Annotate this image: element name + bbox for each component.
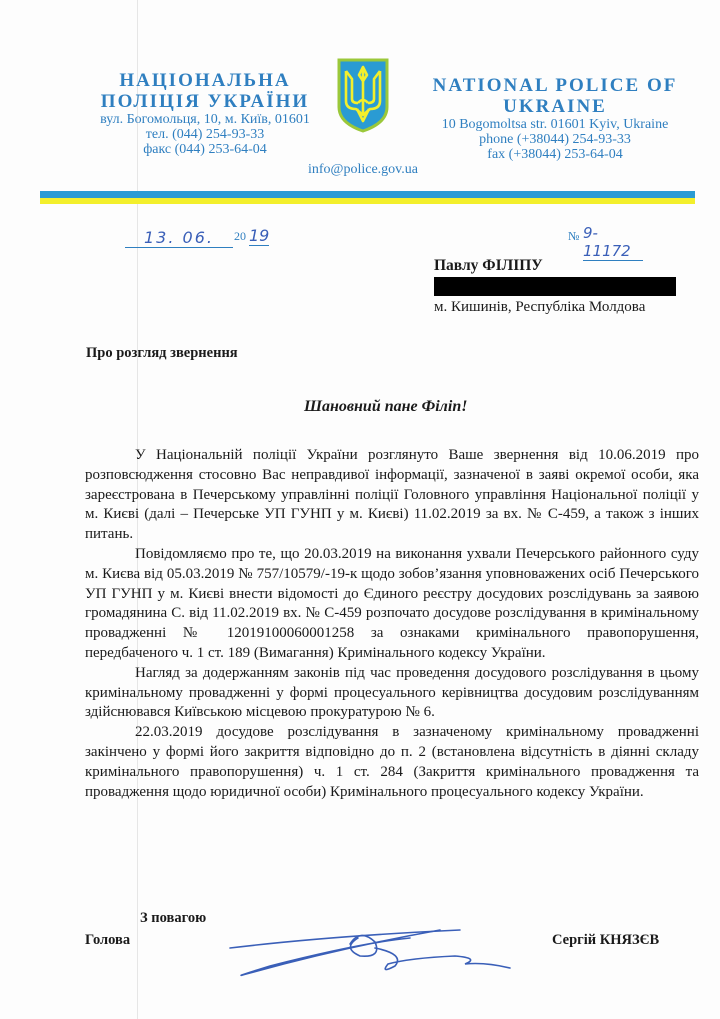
letter-date-day-month: 13. 06. — [125, 228, 233, 248]
address: 10 Bogomoltsa str. 01601 Kyiv, Ukraine — [410, 117, 700, 132]
org-name-line1: НАЦІОНАЛЬНА — [80, 70, 330, 91]
fax: факс (044) 253-64-04 — [80, 142, 330, 157]
salutation: Шановний пане Філіп! — [304, 398, 467, 416]
letter-body: У Національній поліції України розглянут… — [85, 446, 699, 802]
body-paragraph: У Національній поліції України розглянут… — [85, 446, 699, 545]
letter-date-year: 19 — [249, 226, 269, 246]
signer-title: Голова — [85, 932, 130, 949]
letter-number-label: № — [568, 229, 579, 244]
body-paragraph: 22.03.2019 досудове розслідування в зазн… — [85, 723, 699, 802]
body-paragraph: Нагляд за додержанням законів під час пр… — [85, 664, 699, 723]
flag-stripe-yellow — [40, 198, 695, 204]
address: вул. Богомольця, 10, м. Київ, 01601 — [80, 112, 330, 127]
email-address: info@police.gov.ua — [308, 162, 418, 178]
recipient-city: м. Кишинів, Республіка Молдова — [434, 298, 676, 317]
org-name-line2: ПОЛІЦІЯ УКРАЇНИ — [80, 91, 330, 112]
closing-regards: З повагою — [140, 910, 206, 927]
phone: тел. (044) 254-93-33 — [80, 127, 330, 142]
org-name-line2: UKRAINE — [410, 96, 700, 117]
letterhead-ukrainian: НАЦІОНАЛЬНА ПОЛІЦІЯ УКРАЇНИ вул. Богомол… — [80, 70, 330, 157]
handwritten-signature — [210, 918, 530, 983]
flag-stripe-blue — [40, 191, 695, 198]
fax: fax (+38044) 253-64-04 — [410, 147, 700, 162]
body-paragraph: Повідомляємо про те, що 20.03.2019 на ви… — [85, 545, 699, 664]
trident-coat-of-arms-icon — [336, 57, 390, 133]
recipient-name: Павлу ФІЛІПУ — [434, 256, 676, 275]
phone: phone (+38044) 254-93-33 — [410, 132, 700, 147]
recipient-block: Павлу ФІЛІПУ м. Кишинів, Республіка Молд… — [434, 256, 676, 317]
redacted-address — [434, 277, 676, 296]
letter-date-century: 20 — [234, 229, 246, 244]
subject-line: Про розгляд звернення — [86, 345, 238, 362]
letterhead-english: NATIONAL POLICE OF UKRAINE 10 Bogomoltsa… — [410, 75, 700, 162]
org-name-line1: NATIONAL POLICE OF — [410, 75, 700, 96]
signer-name: Сергій КНЯЗЄВ — [552, 932, 659, 949]
